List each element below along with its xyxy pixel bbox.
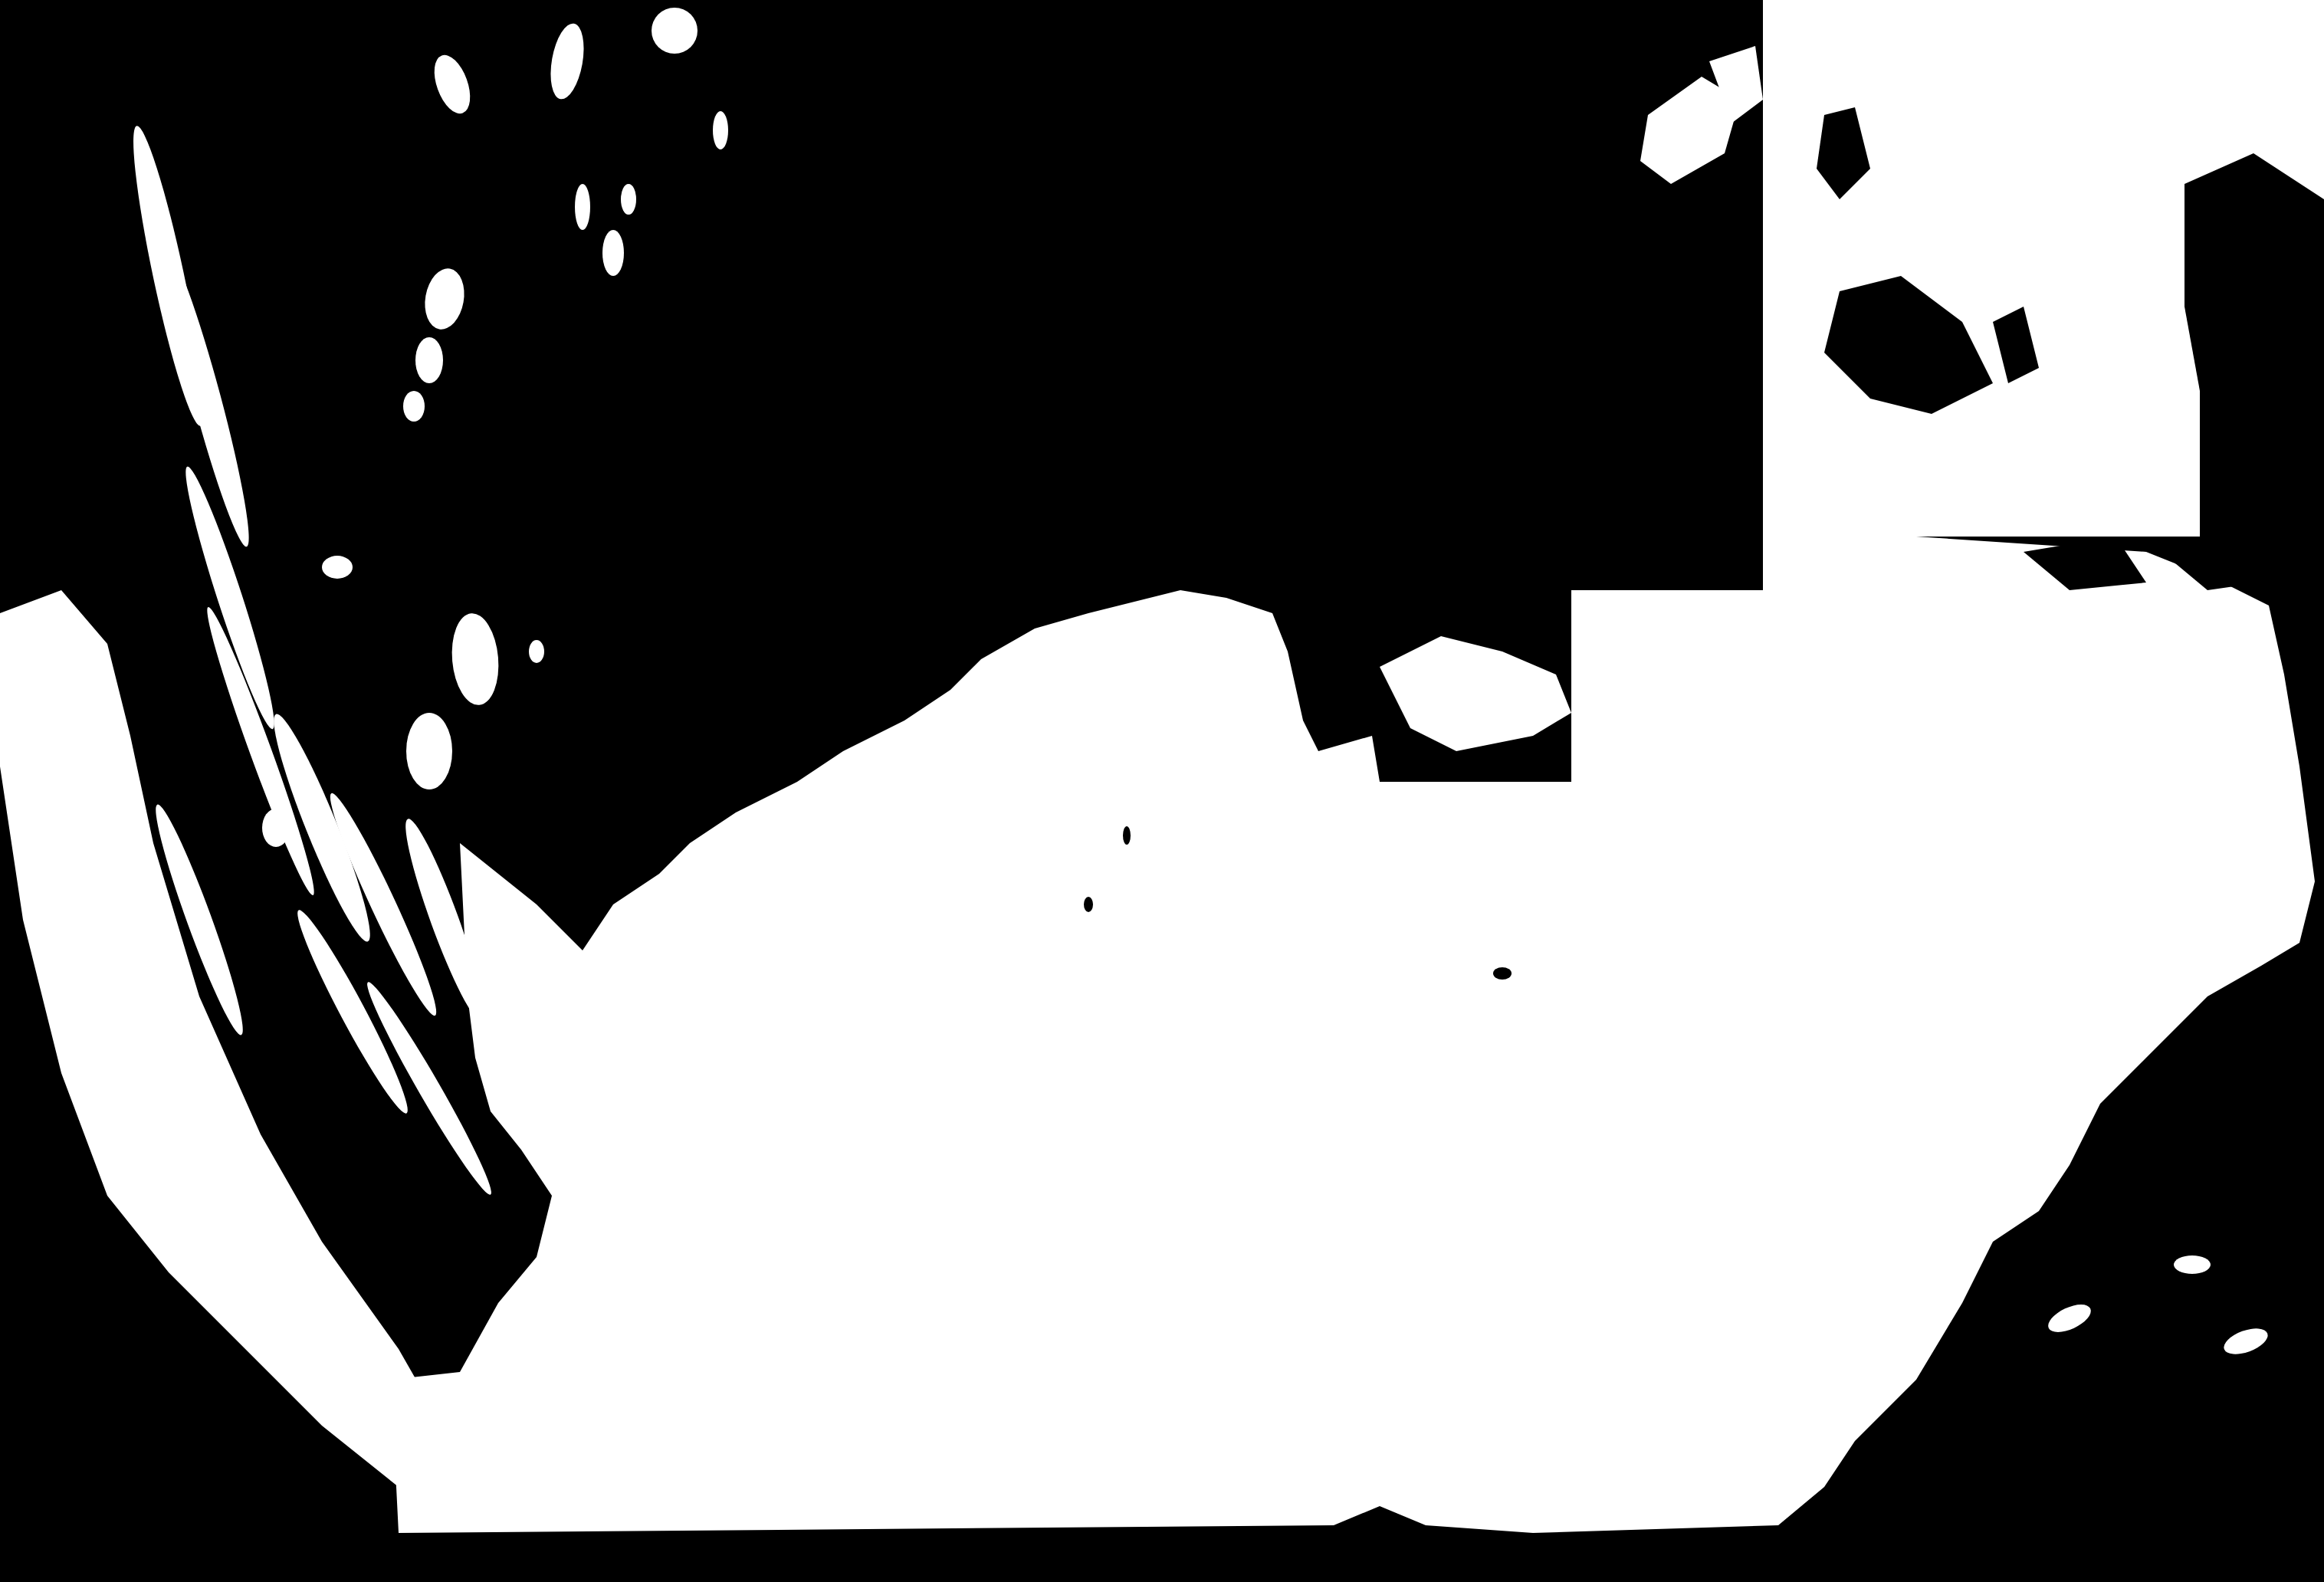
cloud-mask xyxy=(0,0,2324,1582)
